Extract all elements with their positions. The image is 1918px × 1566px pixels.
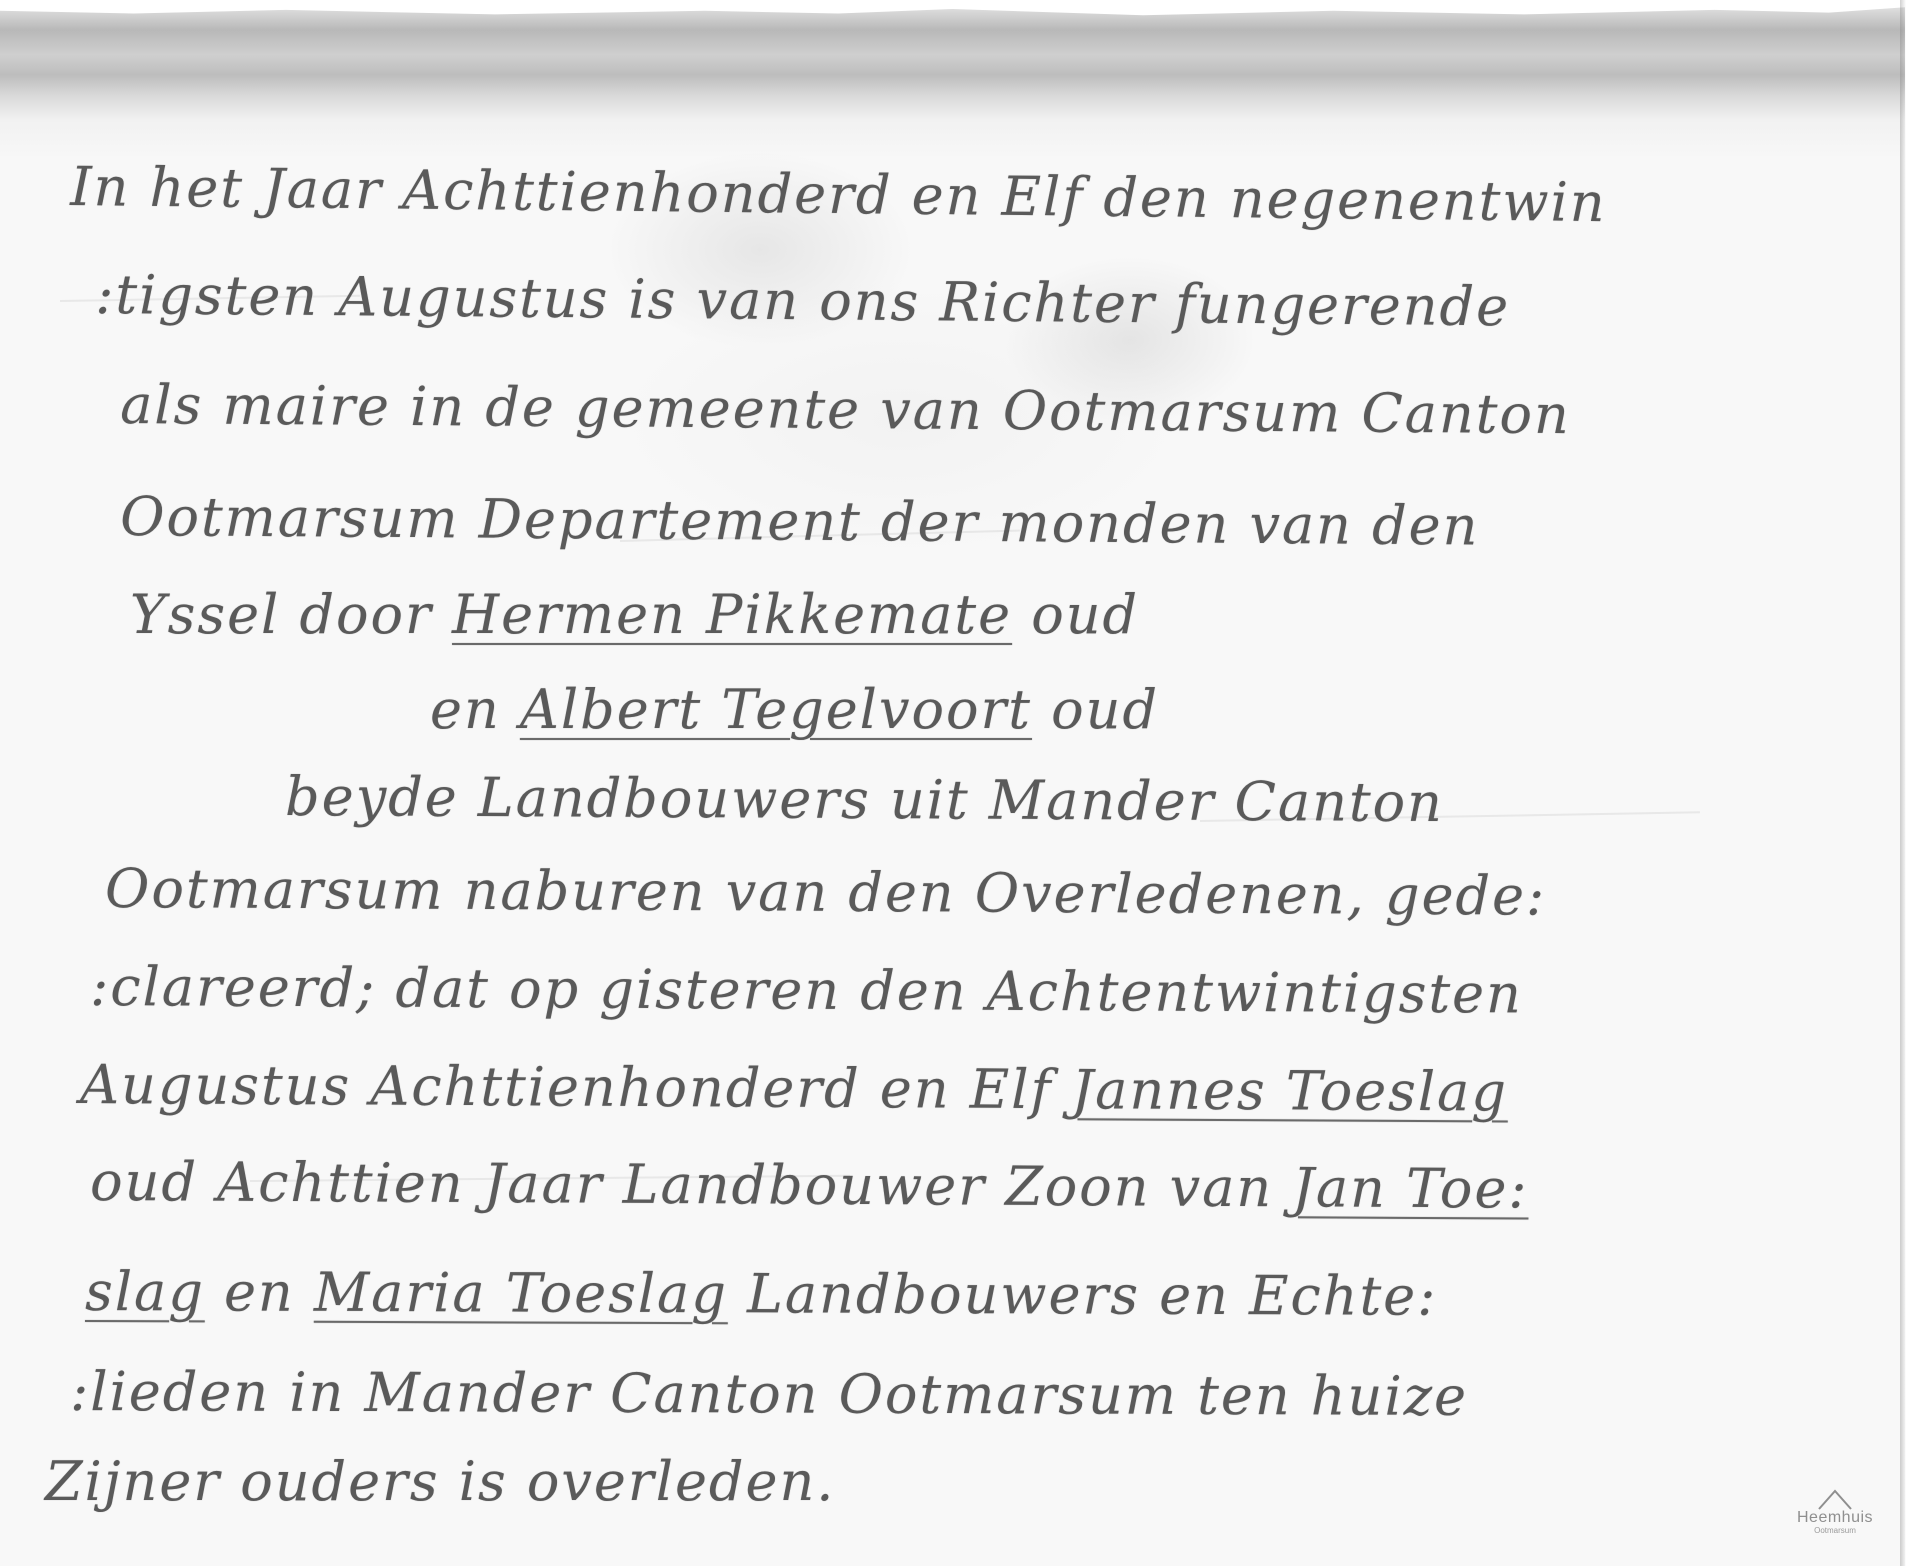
line-text: oud Achttien Jaar Landbouwer Zoon van — [90, 1150, 1292, 1219]
witness-name-1: Hermen Pikkemate — [452, 583, 1012, 646]
line-text: oud — [1012, 583, 1139, 646]
line-text: :tigsten Augustus is van ons Richter fun… — [95, 263, 1510, 338]
handwritten-line-9: :clareerd; dat op gisteren den Achtentwi… — [90, 960, 1523, 1022]
line-text: :clareerd; dat op gisteren den Achtentwi… — [90, 955, 1523, 1026]
handwritten-line-1: In het Jaar Achttienhonderd en Elf den n… — [70, 160, 1607, 230]
line-text: en — [430, 678, 520, 741]
handwritten-line-12: slag en Maria Toeslag Landbouwers en Ech… — [85, 1265, 1437, 1324]
line-text: In het Jaar Achttienhonderd en Elf den n… — [70, 155, 1607, 234]
handwritten-line-10: Augustus Achttienhonderd en Elf Jannes T… — [80, 1058, 1508, 1119]
line-text: :lieden in Mander Canton Ootmarsum ten h… — [70, 1360, 1468, 1428]
handwritten-line-13: :lieden in Mander Canton Ootmarsum ten h… — [70, 1365, 1468, 1424]
line-text: Ootmarsum Departement der monden van den — [120, 485, 1480, 557]
line-text: beyde Landbouwers uit Mander Canton — [285, 765, 1444, 834]
handwritten-line-7: beyde Landbouwers uit Mander Canton — [285, 770, 1444, 830]
line-text: Augustus Achttienhonderd en Elf — [80, 1053, 1072, 1121]
handwritten-line-14: Zijner ouders is overleden. — [45, 1455, 835, 1509]
watermark-place: Ootmarsum — [1790, 1526, 1880, 1536]
handwritten-line-6: en Albert Tegelvoort oud — [430, 683, 1159, 737]
handwritten-line-5: Yssel door Hermen Pikkemate oud — [130, 588, 1139, 642]
deceased-name: Jannes Toeslag — [1071, 1058, 1508, 1123]
torn-top-edge — [0, 0, 1905, 18]
line-text: Landbouwers en Echte: — [728, 1262, 1438, 1327]
witness-name-2: Albert Tegelvoort — [520, 678, 1032, 741]
heemhuis-watermark: Heemhuis Ootmarsum — [1790, 1488, 1880, 1550]
line-text: Yssel door — [130, 583, 452, 646]
line-text: Zijner ouders is overleden. — [45, 1450, 835, 1513]
father-name-part: slag — [85, 1260, 205, 1323]
line-text: en — [205, 1260, 314, 1323]
page-edge-shadow — [1900, 0, 1906, 1566]
handwritten-line-4: Ootmarsum Departement der monden van den — [120, 490, 1480, 553]
father-name-part: Jan Toe: — [1292, 1156, 1529, 1220]
line-text: als maire in de gemeente van Ootmarsum C… — [120, 373, 1571, 446]
handwritten-line-8: Ootmarsum naburen van den Overledenen, g… — [105, 862, 1546, 924]
house-roof-icon — [1815, 1488, 1855, 1510]
handwritten-line-2: :tigsten Augustus is van ons Richter fun… — [95, 268, 1510, 334]
mother-name: Maria Toeslag — [314, 1261, 728, 1325]
line-text: oud — [1032, 678, 1159, 741]
line-text: Ootmarsum naburen van den Overledenen, g… — [105, 857, 1546, 928]
watermark-name: Heemhuis — [1790, 1510, 1880, 1526]
handwritten-line-3: als maire in de gemeente van Ootmarsum C… — [120, 378, 1571, 442]
handwritten-line-11: oud Achttien Jaar Landbouwer Zoon van Ja… — [90, 1155, 1529, 1217]
document-page: In het Jaar Achttienhonderd en Elf den n… — [0, 0, 1905, 1566]
